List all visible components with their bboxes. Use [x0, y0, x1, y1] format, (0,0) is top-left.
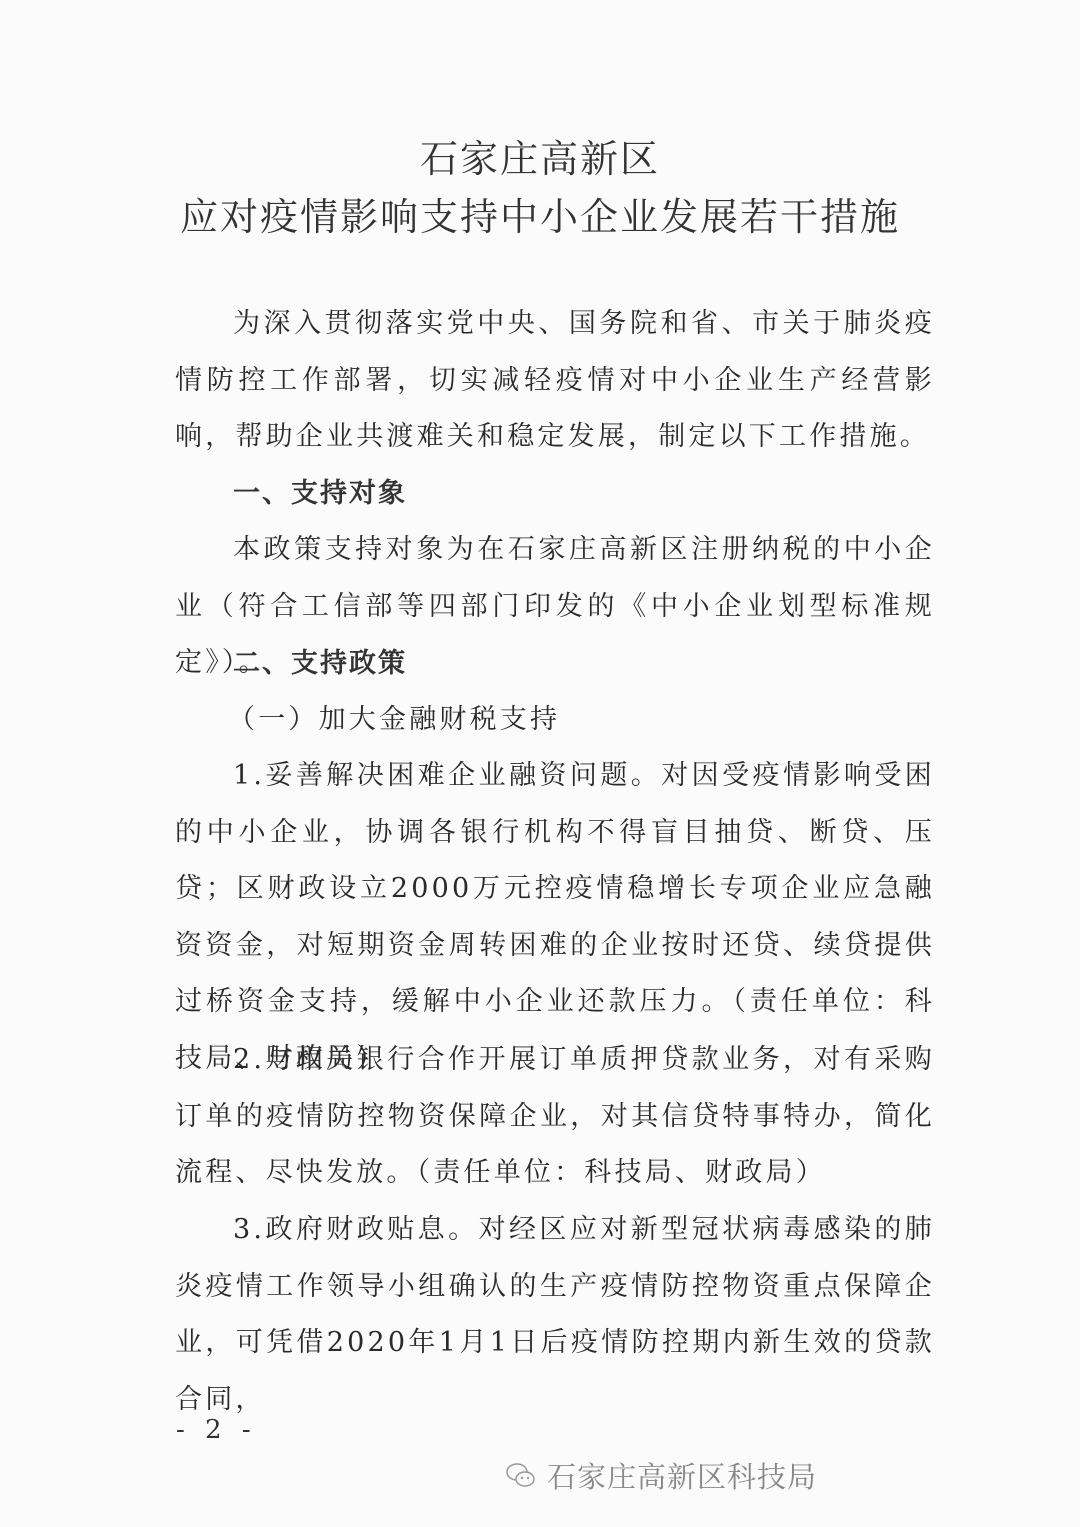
section1-heading: 一、支持对象 [175, 466, 935, 523]
section2-heading: 二、支持政策 [175, 636, 935, 693]
document-title-line2: 应对疫情影响支持中小企业发展若干措施 [0, 186, 1080, 241]
watermark: 石家庄高新区科技局 [505, 1455, 817, 1496]
intro-paragraph: 为深入贯彻落实党中央、国务院和省、市关于肺炎疫情防控工作部署，切实减轻疫情对中小… [175, 296, 935, 466]
section2-subheading: （一）加大金融财税支持 [228, 692, 988, 749]
page-number: - 2 - [176, 1415, 257, 1445]
policy-item-3: 3.政府财政贴息。对经区应对新型冠状病毒感染的肺炎疫情工作领导小组确认的生产疫情… [175, 1202, 935, 1428]
wechat-icon [505, 1460, 537, 1492]
watermark-text: 石家庄高新区科技局 [547, 1455, 817, 1496]
document-title-line1: 石家庄高新区 [0, 128, 1080, 183]
policy-item-2: 2.与相关银行合作开展订单质押贷款业务，对有采购订单的疫情防控物资保障企业，对其… [175, 1032, 935, 1202]
